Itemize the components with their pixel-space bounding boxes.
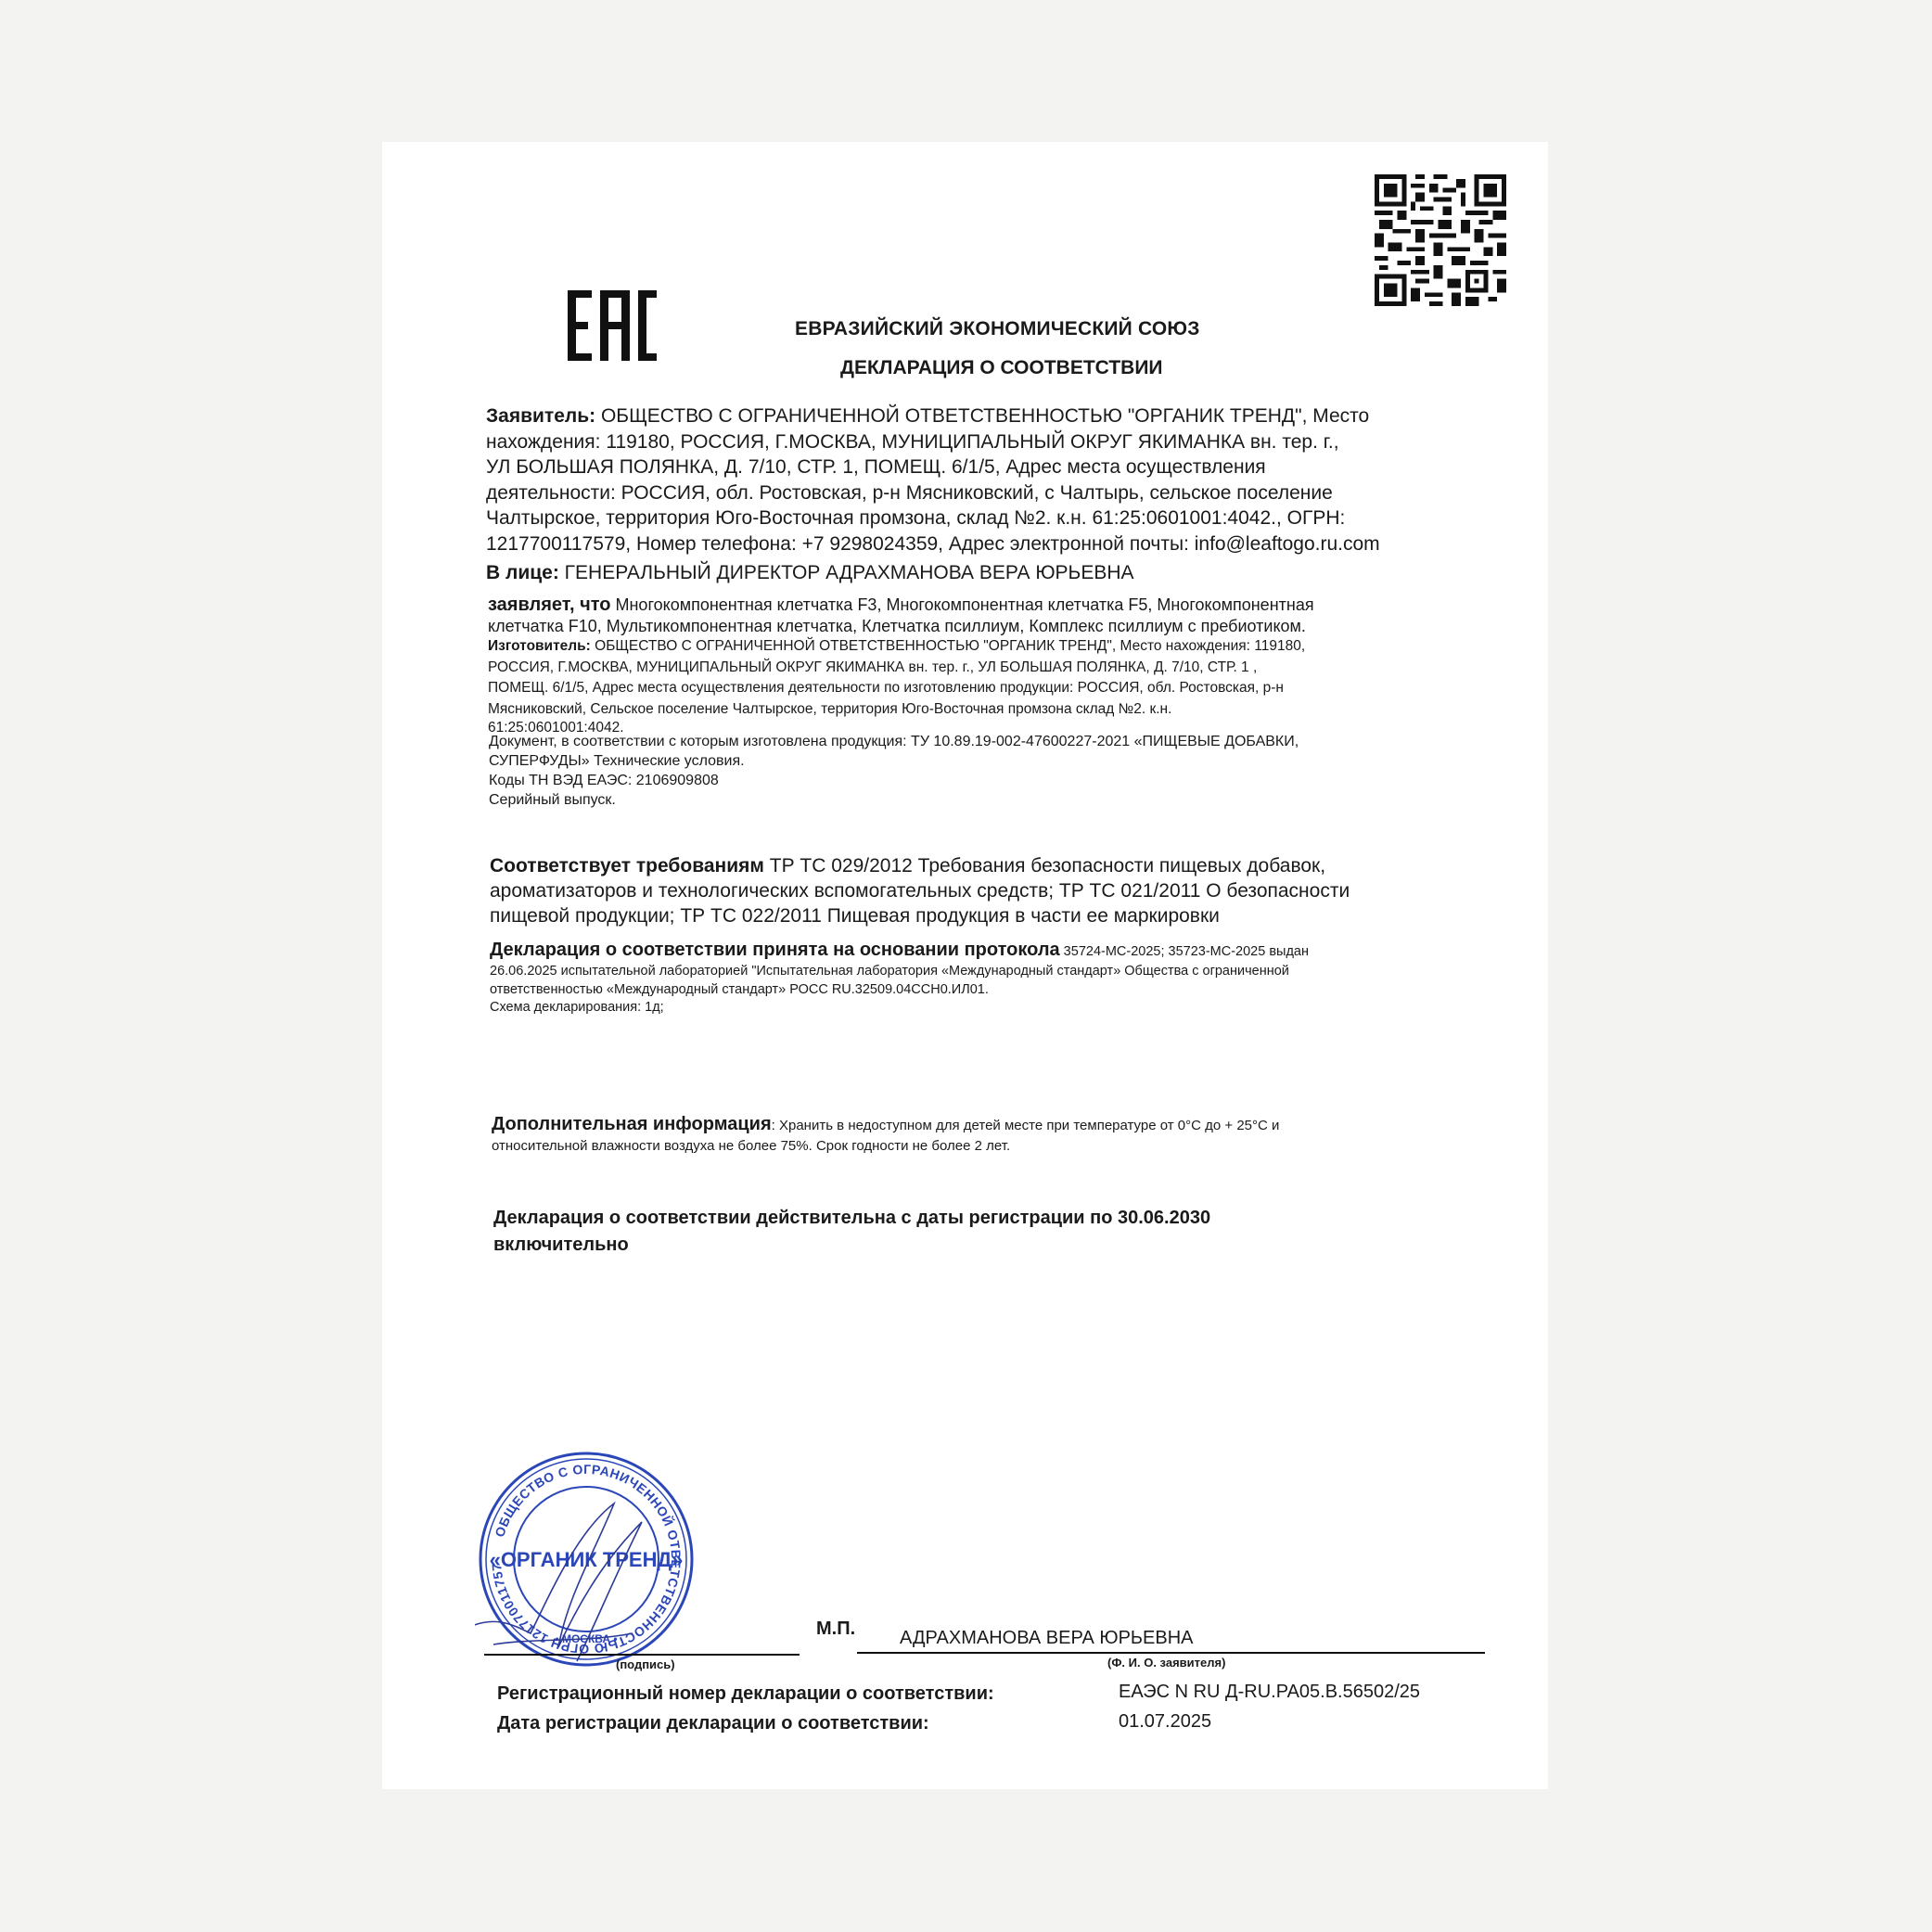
declaration-document: ЕВРАЗИЙСКИЙ ЭКОНОМИЧЕСКИЙ СОЮЗ ДЕКЛАРАЦИ…: [382, 142, 1548, 1789]
represented-by: В лице: ГЕНЕРАЛЬНЫЙ ДИРЕКТОР АДРАХМАНОВА…: [486, 562, 1134, 584]
document-title: ДЕКЛАРАЦИЯ О СООТВЕТСТВИИ: [840, 357, 1163, 379]
applicant-label: Заявитель:: [486, 405, 595, 427]
compliance-section: Соответствует требованиям ТР ТС 029/2012…: [490, 853, 1350, 928]
product-info: Документ, в соответствии с которым изгот…: [489, 732, 1299, 810]
additional-info: Дополнительная информация: Хранить в нед…: [492, 1114, 1279, 1157]
applicant-section: Заявитель: ОБЩЕСТВО С ОГРАНИЧЕННОЙ ОТВЕТ…: [486, 403, 1478, 557]
applicant-contacts: 1217700117579, Номер телефона: +7 929802…: [486, 531, 1478, 557]
union-heading: ЕВРАЗИЙСКИЙ ЭКОНОМИЧЕСКИЙ СОЮЗ: [795, 318, 1200, 340]
registration-date-label: Дата регистрации декларации о соответств…: [497, 1713, 929, 1734]
manufacturer-label: Изготовитель:: [488, 638, 591, 654]
protocol-section: Декларация о соответствии принята на осн…: [490, 939, 1309, 1017]
name-caption: (Ф. И. О. заявителя): [1107, 1656, 1225, 1670]
registration-number: ЕАЭС N RU Д-RU.PA05.B.56502/25: [1119, 1682, 1420, 1703]
name-line: [857, 1652, 1485, 1654]
validity-statement: Декларация о соответствии действительна …: [493, 1205, 1210, 1259]
registration-date: 01.07.2025: [1119, 1711, 1211, 1733]
registration-number-label: Регистрационный номер декларации о соотв…: [497, 1683, 994, 1705]
seal-place-label: М.П.: [816, 1619, 855, 1640]
signature-line: [484, 1654, 800, 1656]
eac-logo-icon: [568, 290, 657, 361]
tn-ved-code: Коды ТН ВЭД ЕАЭС: 2106909808: [489, 771, 1299, 790]
company-seal-icon: ОБЩЕСТВО С ОГРАНИЧЕННОЙ ОТВЕТСТВЕННОСТЬЮ…: [475, 1448, 697, 1670]
signatory-name: АДРАХМАНОВА ВЕРА ЮРЬЕВНА: [900, 1628, 1194, 1649]
product-declaration: заявляет, что Многокомпонентная клетчатк…: [488, 595, 1490, 736]
signature-caption: (подпись): [616, 1657, 675, 1671]
qr-code-icon[interactable]: [1375, 174, 1506, 306]
